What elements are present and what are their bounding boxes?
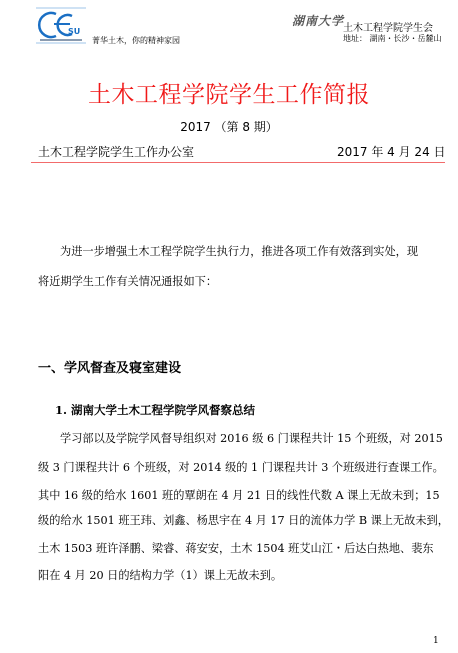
subsection-heading: 1. 湖南大学土木工程学院学风督察总结 [55,402,255,418]
svg-text:SU: SU [68,27,80,36]
body-line: 其中 16 级的给水 1601 班的覃朗在 4 月 21 日的线性代数 A 课上… [38,487,440,503]
page-number: 1 [433,636,439,646]
hnu-calligraphy-logo: 湖南大学 [292,12,344,29]
slogan: 菁华土木，你的精神家园 [92,35,180,46]
body-line: 阳在 4 月 20 日的结构力学（1）课上无故未到。 [38,567,282,583]
body-line: 级的给水 1501 班王玮、刘鑫、杨思宇在 4 月 17 日的流体力学 B 课上… [38,512,449,528]
cesu-logo: SU [36,6,86,44]
intro-line-2: 将近期学生工作有关情况通报如下： [38,273,217,289]
intro-line-1: 为进一步增强土木工程学院学生执行力，推进各项工作有效落到实处，现 [60,243,418,259]
header-divider [31,162,445,163]
body-line: 级 3 门课程共计 6 个班级，对 2014 级的 1 门课程共计 3 个班级进… [38,459,444,475]
address: 地址： 湖南・长沙・岳麓山 [343,33,442,44]
issue-number: 2017 （第 8 期） [0,118,458,135]
document-title: 土木工程学院学生工作简报 [0,76,458,109]
issuing-office: 土木工程学院学生工作办公室 [38,143,194,160]
issue-date: 2017 年 4 月 24 日 [337,143,446,160]
body-line: 学习部以及学院学风督导组织对 2016 级 6 门课程共计 15 个班级，对 2… [60,430,443,446]
section-heading: 一、学风督查及寝室建设 [38,357,181,376]
body-line: 土木 1503 班许泽鹏、梁睿、蒋安安，土木 1504 班艾山江・后达白热地、裴… [38,540,434,556]
org-name: 土木工程学院学生会 [343,19,433,34]
